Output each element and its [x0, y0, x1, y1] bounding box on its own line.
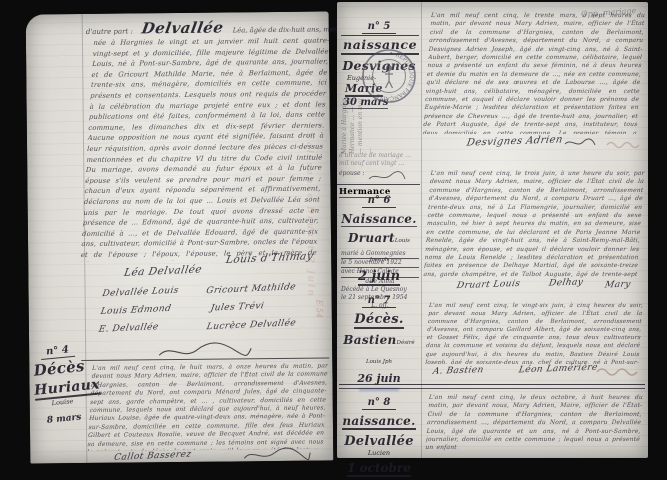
official-seal-stamp-icon: ★ RÉPUBLIQUE FRANÇAISE ★ — [361, 48, 417, 104]
margin-surname: Delvallée — [344, 434, 414, 449]
mention-line: avec Hanot Calixte — [341, 268, 419, 277]
signature-lameriere: Léon Lamérière — [518, 363, 599, 376]
margin-act-number: n° 5 — [362, 21, 397, 34]
signature-bride: Léa Delvallée — [123, 263, 203, 279]
margin-given-name: Lucien — [341, 449, 417, 457]
margin-act-type: Décès. — [354, 312, 403, 329]
margin-note-act-7: n° 7 Décès. BastienDésiré Louis Jph 26 j… — [341, 288, 417, 391]
signature-bastien-witness: A. Bastien — [432, 365, 485, 377]
margin-act-number: n° 6 — [362, 195, 397, 208]
opening-surname: Delvallée — [136, 18, 229, 37]
birth-act-delvallee-text: L'an mil neuf cent cinq, le deux octobre… — [425, 394, 643, 454]
mayor-signature-flourish — [242, 446, 312, 465]
mention-line: marié à Gommegnies — [341, 250, 419, 259]
signature-mother: Gricourt Mathilde — [205, 282, 296, 296]
margin-act-type: Naissance. — [341, 212, 416, 227]
mention-line: le 5 novembre 1922 — [341, 259, 419, 268]
signature-father: Delvallée Louis — [101, 286, 179, 299]
margin-act-type: Décès — [33, 357, 86, 380]
signature-flourish — [563, 136, 597, 150]
signature-desvignes: Desvignes Adrien — [466, 134, 564, 148]
microfilm-background: { "left_page": { "margin_note": { "numbe… — [0, 0, 667, 480]
margin-note-act-4: n° 4 Décès Huriaux Louise 8 mars — [29, 336, 91, 428]
marginal-mention-rotated-wrap: Mariée à Hargnies le … avec … Hermance …… — [339, 98, 401, 154]
signature-mary: Mary — [604, 280, 632, 291]
marginal-mention-rotated: Mariée à Hargnies le … avec … Hermance …… — [341, 98, 374, 154]
margin-rule-right-page — [421, 2, 422, 458]
mention-line: dite Anna — [341, 278, 419, 286]
birth-act-desvignes-text: L'an mil neuf cent cinq, le trente mars,… — [423, 12, 646, 134]
register-page-right: Opp. mariage n° 5 naissance Desvignes Eu… — [337, 2, 648, 458]
signature-delhay: Delhay — [548, 277, 584, 288]
margin-note-act-8: n° 8 naissance. Delvallée Lucien 1 octob… — [341, 390, 417, 477]
signature-witness-4: Lucrèce Delvallée — [206, 318, 297, 332]
register-page-left: d'autre part : Delvallée Léa, âgée de di… — [26, 11, 334, 463]
marriage-act-text: née à Hargnies le vingt et un janvier mi… — [80, 35, 329, 262]
signature-witness-2: Jules Trévi — [210, 301, 265, 313]
margin-act-type: naissance. — [342, 414, 415, 430]
signature-groom: Louis d'Thimay — [225, 250, 314, 266]
bleedthrough-ghost-text: Naissance Druart 2 juin — [304, 132, 316, 299]
margin-date: 8 mars — [46, 412, 81, 425]
marriage-act-opening: d'autre part : Delvallée Léa, âgée de di… — [86, 16, 324, 37]
signature-witness-3: E. Delvallée — [98, 322, 159, 335]
margin-date: 1 octobre — [347, 461, 411, 477]
margin-surname: Bastien — [343, 333, 396, 347]
signature-druart: Druart Louis — [456, 279, 521, 291]
faded-stamp-scribble — [605, 138, 643, 150]
death-act-huriaux-text: L'an mil neuf cent cinq, le huit mars, à… — [87, 362, 328, 451]
margin-separator-rule — [337, 184, 420, 185]
birth-act-druart-text: L'an mil neuf cent cinq, le trois juin, … — [423, 170, 645, 278]
opening-label: d'autre part : — [86, 27, 133, 35]
mention-label: épouse : — [339, 170, 364, 177]
act-separator-double-rule — [339, 384, 645, 389]
red-archive-mark: E 54 — [315, 299, 324, 318]
margin-surname: Druart — [348, 231, 395, 245]
margin-act-number: n° 7 — [362, 295, 397, 308]
margin-act-number: n° 8 — [362, 397, 397, 410]
signature-witness-1: Louis Edmond — [100, 304, 172, 317]
faded-right-scribble — [595, 364, 641, 378]
death-act-bastien-text: L'an mil neuf cent cinq, le vingt-six ju… — [425, 302, 643, 364]
signature-death-witness: Callot Basserez — [113, 450, 192, 464]
mention-signature-flourish — [367, 170, 407, 184]
